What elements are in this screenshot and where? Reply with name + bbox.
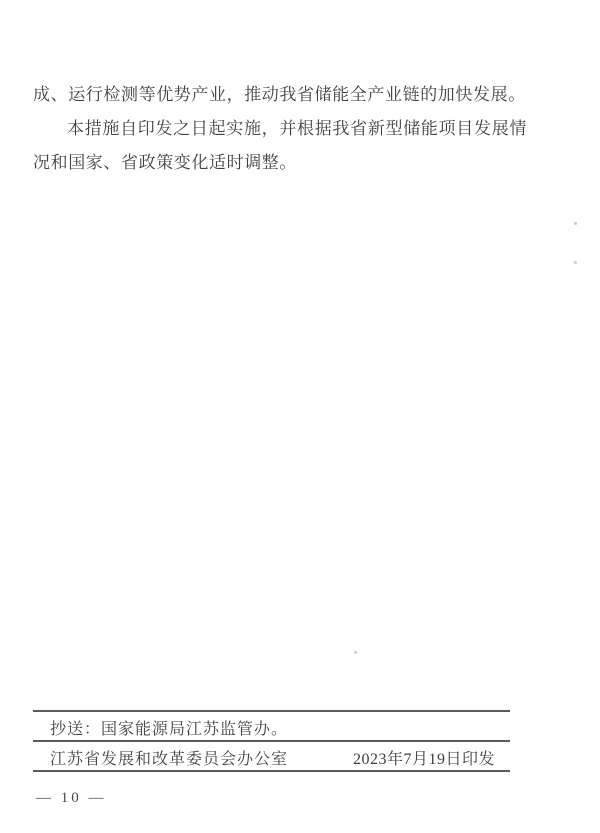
issuing-office: 江苏省发展和改革委员会办公室 (50, 746, 288, 769)
scan-speck (574, 222, 577, 225)
scan-speck (574, 261, 577, 264)
page-number: — 10 — (36, 790, 107, 807)
cc-recipients-line: 抄送：国家能源局江苏监管办。 (50, 716, 288, 739)
document-page: 成、运行检测等优势产业，推动我省储能全产业链的加快发展。 本措施自印发之日起实施… (0, 0, 600, 833)
body-paragraph-continuation: 成、运行检测等优势产业，推动我省储能全产业链的加快发展。 (33, 78, 527, 112)
scan-speck (354, 651, 357, 654)
footer-divider-top (33, 710, 510, 712)
body-paragraph-implementation: 本措施自印发之日起实施，并根据我省新型储能项目发展情况和国家、省政策变化适时调整… (33, 112, 527, 180)
body-text-block: 成、运行检测等优势产业，推动我省储能全产业链的加快发展。 本措施自印发之日起实施… (33, 78, 527, 180)
print-date: 2023年7月19日印发 (353, 746, 495, 769)
footer-divider-middle (33, 740, 510, 742)
footer-divider-bottom (33, 770, 510, 772)
issuer-row: 江苏省发展和改革委员会办公室 2023年7月19日印发 (50, 746, 495, 769)
